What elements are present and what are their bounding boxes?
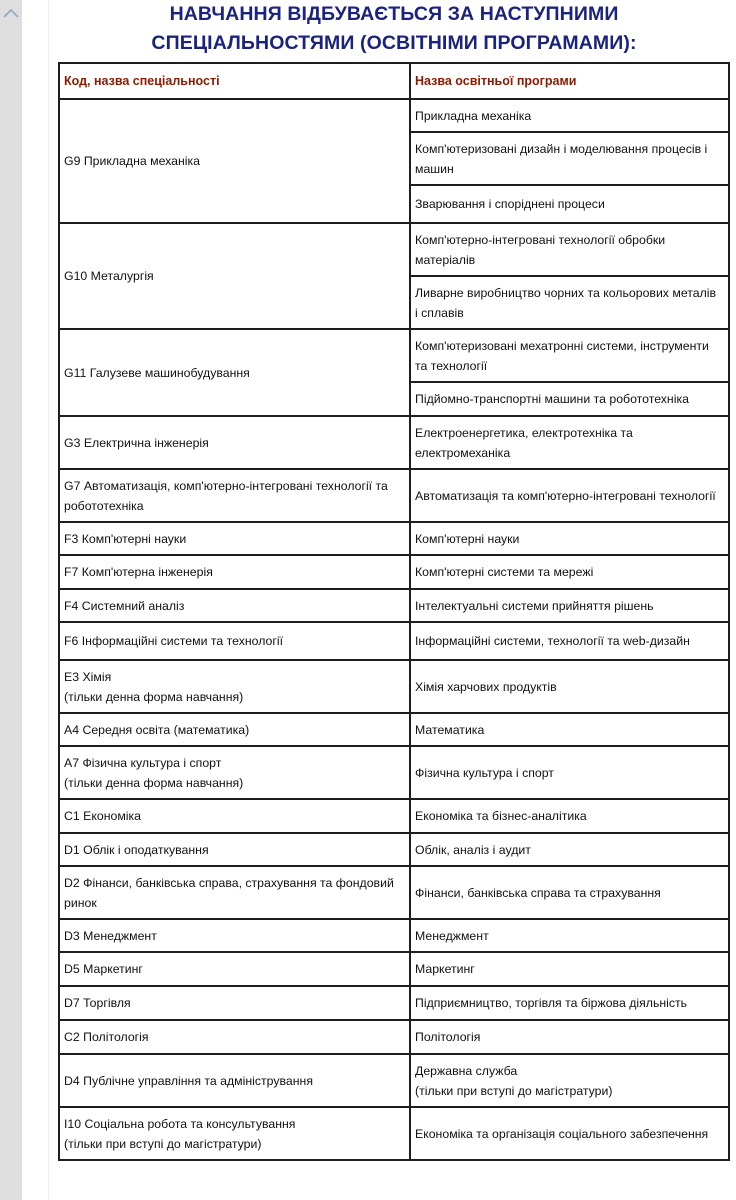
table-row: D5 Маркетинг Маркетинг [59,952,729,986]
program-cell: Фізична культура і спорт [410,746,729,799]
program-name: Державна служба [415,1061,722,1081]
side-scroll-strip[interactable] [0,0,22,1200]
specialty-cell: G10 Металургія [59,223,410,329]
specialty-cell: D7 Торгівля [59,986,410,1020]
table-header-row: Код, назва спеціальності Назва освітньої… [59,63,729,99]
program-cell: Прикладна механіка [410,99,729,132]
table-row: G10 Металургія Комп'ютерно-інтегровані т… [59,223,729,276]
table-row: G7 Автоматизація, комп'ютерно-інтегрован… [59,469,729,522]
specialty-cell: C1 Економіка [59,799,410,833]
table-row: G11 Галузеве машинобудування Комп'ютериз… [59,329,729,382]
specialty-note: (тільки денна форма навчання) [64,687,403,707]
program-cell: Маркетинг [410,952,729,986]
program-cell: Підйомно-транспортні машини та робототех… [410,382,729,416]
table-row: A4 Середня освіта (математика) Математик… [59,713,729,746]
table-row: C2 Політологія Політологія [59,1020,729,1054]
specialty-cell: C2 Політологія [59,1020,410,1054]
table-row: D4 Публічне управління та адмініструванн… [59,1054,729,1107]
program-cell: Комп'ютеризовані дизайн і моделювання пр… [410,132,729,185]
table-row: F6 Інформаційні системи та технології Ін… [59,622,729,660]
table-row: D7 Торгівля Підприємництво, торгівля та … [59,986,729,1020]
specialty-name: E3 Хімія [64,667,403,687]
program-cell: Інформаційні системи, технології та web-… [410,622,729,660]
program-cell: Інтелектуальні системи прийняття рішень [410,589,729,622]
specialty-cell: G3 Електрична інженерія [59,416,410,469]
table-row: D1 Облік і оподаткування Облік, аналіз і… [59,833,729,866]
specialty-name: I10 Соціальна робота та консультування [64,1114,403,1134]
page: НАВЧАННЯ ВІДБУВАЄТЬСЯ ЗА НАСТУПНИМИ СПЕЦ… [0,0,736,1200]
specialty-name: A7 Фізична культура і спорт [64,753,403,773]
program-cell: Зварювання і споріднені процеси [410,185,729,223]
table-row: G9 Прикладна механіка Прикладна механіка [59,99,729,132]
specialty-cell: D2 Фінанси, банківська справа, страхуван… [59,866,410,919]
table-row: I10 Соціальна робота та консультування (… [59,1107,729,1160]
table-row: F3 Комп'ютерні науки Комп'ютерні науки [59,522,729,555]
specialty-cell: F6 Інформаційні системи та технології [59,622,410,660]
specialty-cell: A7 Фізична культура і спорт (тільки денн… [59,746,410,799]
program-cell: Економіка та організація соціального заб… [410,1107,729,1160]
table-row: E3 Хімія (тільки денна форма навчання) Х… [59,660,729,713]
program-cell: Комп'ютерні системи та мережі [410,555,729,589]
specialty-cell: D5 Маркетинг [59,952,410,986]
program-cell: Менеджмент [410,919,729,952]
program-cell: Політологія [410,1020,729,1054]
page-title-line-1: НАВЧАННЯ ВІДБУВАЄТЬСЯ ЗА НАСТУПНИМИ [60,0,728,29]
program-cell: Державна служба (тільки при вступі до ма… [410,1054,729,1107]
chevron-up-icon[interactable] [2,6,20,20]
program-cell: Економіка та бізнес-аналітика [410,799,729,833]
specialty-cell: I10 Соціальна робота та консультування (… [59,1107,410,1160]
table-row: C1 Економіка Економіка та бізнес-аналіти… [59,799,729,833]
program-cell: Підприємництво, торгівля та біржова діял… [410,986,729,1020]
specialty-cell: E3 Хімія (тільки денна форма навчання) [59,660,410,713]
specialty-cell: F3 Комп'ютерні науки [59,522,410,555]
content-divider [48,0,49,1200]
column-header-program: Назва освітньої програми [410,63,729,99]
program-cell: Облік, аналіз і аудит [410,833,729,866]
program-cell: Комп'ютерні науки [410,522,729,555]
program-note: (тільки при вступі до магістратури) [415,1081,722,1101]
table-row: F4 Системний аналіз Інтелектуальні систе… [59,589,729,622]
table-row: D2 Фінанси, банківська справа, страхуван… [59,866,729,919]
specialty-cell: G7 Автоматизація, комп'ютерно-інтегрован… [59,469,410,522]
table-row: A7 Фізична культура і спорт (тільки денн… [59,746,729,799]
table-row: F7 Комп'ютерна інженерія Комп'ютерні сис… [59,555,729,589]
specialty-cell: A4 Середня освіта (математика) [59,713,410,746]
specialty-note: (тільки при вступі до магістратури) [64,1134,403,1154]
page-title-line-2: СПЕЦІАЛЬНОСТЯМИ (ОСВІТНІМИ ПРОГРАМАМИ): [60,29,728,58]
specialties-table: Код, назва спеціальності Назва освітньої… [58,62,730,1161]
program-cell: Фінанси, банківська справа та страхуванн… [410,866,729,919]
specialty-cell: D4 Публічне управління та адмініструванн… [59,1054,410,1107]
program-cell: Комп'ютерно-інтегровані технології оброб… [410,223,729,276]
specialty-cell: D1 Облік і оподаткування [59,833,410,866]
program-cell: Електроенергетика, електротехніка та еле… [410,416,729,469]
column-header-specialty: Код, назва спеціальності [59,63,410,99]
program-cell: Математика [410,713,729,746]
program-cell: Автоматизація та комп'ютерно-інтегровані… [410,469,729,522]
program-cell: Комп'ютеризовані мехатронні системи, інс… [410,329,729,382]
specialty-cell: F4 Системний аналіз [59,589,410,622]
table-row: G3 Електрична інженерія Електроенергетик… [59,416,729,469]
specialty-note: (тільки денна форма навчання) [64,773,403,793]
specialty-cell: G9 Прикладна механіка [59,99,410,223]
table-row: D3 Менеджмент Менеджмент [59,919,729,952]
page-title: НАВЧАННЯ ВІДБУВАЄТЬСЯ ЗА НАСТУПНИМИ СПЕЦ… [60,0,728,58]
specialty-cell: F7 Комп'ютерна інженерія [59,555,410,589]
specialty-cell: G11 Галузеве машинобудування [59,329,410,416]
program-cell: Хімія харчових продуктів [410,660,729,713]
program-cell: Ливарне виробництво чорних та кольорових… [410,276,729,329]
specialty-cell: D3 Менеджмент [59,919,410,952]
